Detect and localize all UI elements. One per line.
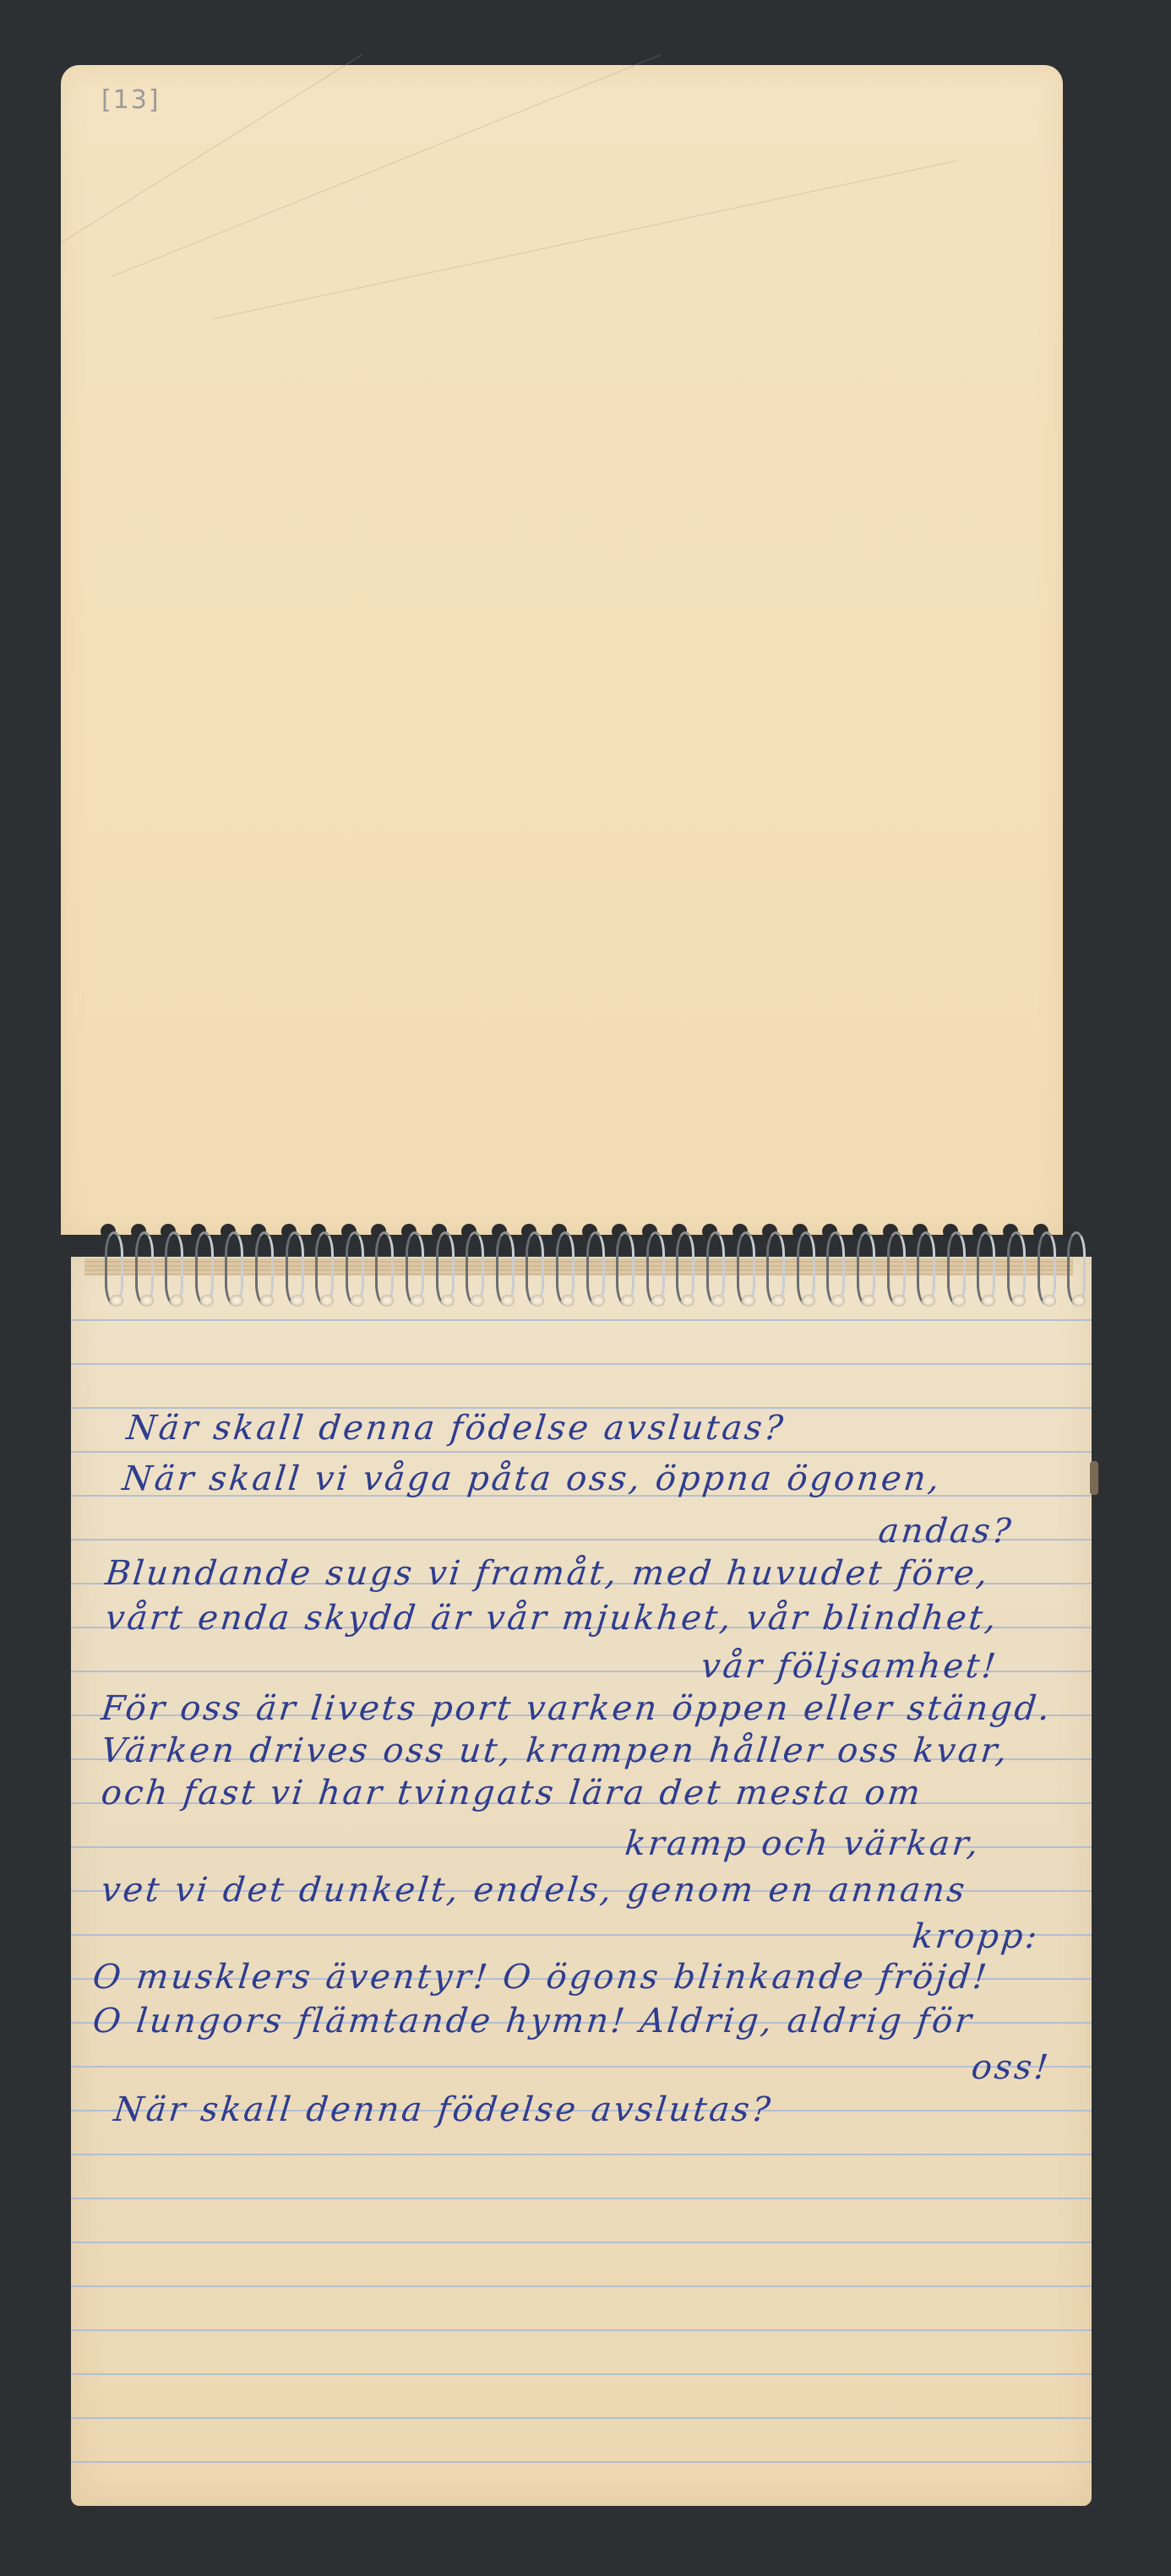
handwritten-line: andas? [877,1512,1016,1551]
handwritten-line: När skall vi våga påta oss, öppna ögonen… [121,1459,944,1498]
ruled-line [71,1319,1092,1321]
ruled-line [71,1451,1092,1453]
notebook-top-page: [13] [61,65,1063,1235]
handwritten-line: vet vi det dunkelt, endels, genom en ann… [100,1871,969,1910]
ruled-line [71,2417,1092,2419]
handwritten-line: oss! [970,2048,1053,2087]
binder-clip [1090,1461,1098,1495]
handwritten-line: Värken drives oss ut, krampen håller oss… [100,1731,1011,1770]
ruled-line [71,2198,1092,2199]
stacked-page-edges [84,1258,1073,1275]
handwritten-line: För oss är livets port varken öppen elle… [100,1689,1054,1728]
page-crease [213,160,957,319]
handwritten-line: När skall denna födelse avslutas? [112,2090,775,2129]
ruled-line [71,2154,1092,2155]
ruled-line [71,2461,1092,2463]
page-crease [61,54,362,242]
handwritten-line: O lungors flämtande hymn! Aldrig, aldrig… [91,2002,976,2041]
handwritten-line: vårt enda skydd är vår mjukhet, vår blin… [104,1599,1000,1638]
handwritten-line: När skall denna födelse avslutas? [125,1409,787,1448]
handwritten-line: vår följsamhet! [700,1647,1000,1686]
ruled-line [71,2329,1092,2331]
ruled-line [71,2242,1092,2243]
ruled-line [71,2066,1092,2068]
handwritten-line: kramp och värkar, [624,1824,983,1863]
ruled-line [71,1363,1092,1365]
ruled-line [71,2373,1092,2375]
handwritten-line: och fast vi har tvingats lära det mesta … [100,1774,924,1812]
handwritten-line: Blundande sugs vi framåt, med huvudet fö… [104,1554,992,1593]
handwritten-line: kropp: [911,1917,1042,1956]
page-crease [112,55,660,277]
handwritten-line: O musklers äventyr! O ögons blinkande fr… [91,1958,991,1997]
page-number: [13] [101,85,161,115]
spiral-hole [1063,1224,1078,1239]
ruled-line [71,2285,1092,2287]
